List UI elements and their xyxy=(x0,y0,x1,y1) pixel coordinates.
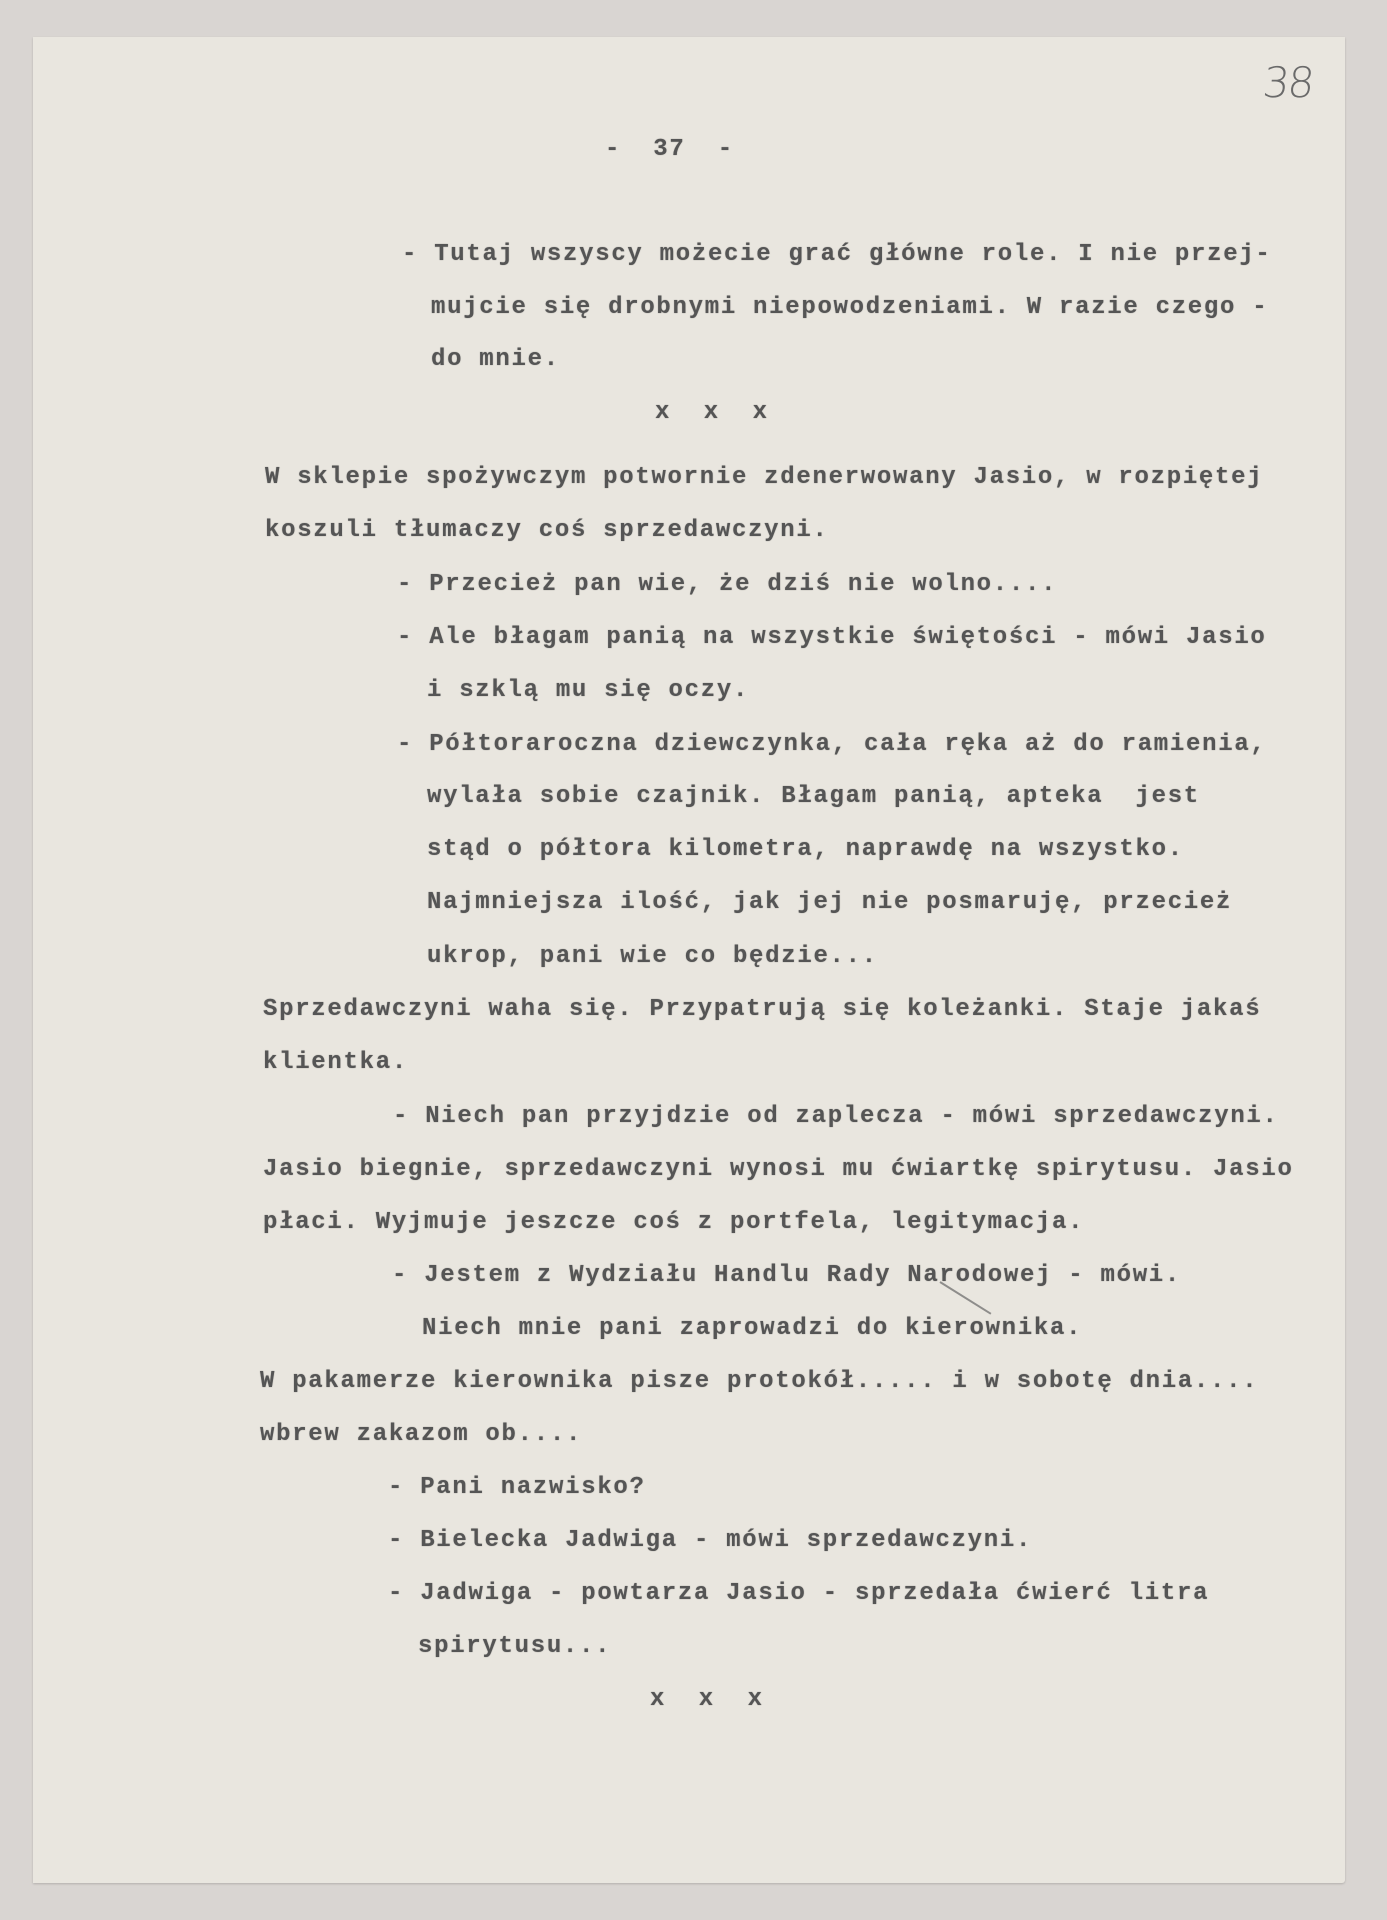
text-line: i szklą mu się oczy. xyxy=(427,676,749,706)
text-line: spirytusu... xyxy=(418,1632,611,1662)
text-line: mujcie się drobnymi niepowodzeniami. W r… xyxy=(431,293,1268,323)
text-line: Jasio biegnie, sprzedawczyni wynosi mu ć… xyxy=(263,1155,1294,1185)
text-line: Sprzedawczyni waha się. Przypatrują się … xyxy=(263,995,1261,1025)
text-line: - Niech pan przyjdzie od zaplecza - mówi… xyxy=(393,1102,1279,1132)
text-line: koszuli tłumaczy coś sprzedawczyni. xyxy=(265,516,829,546)
text-line: - Półtoraroczna dziewczynka, cała ręka a… xyxy=(397,730,1267,760)
archive-folio-number: 38 xyxy=(1260,58,1315,107)
text-line: płaci. Wyjmuje jeszcze coś z portfela, l… xyxy=(263,1208,1084,1238)
text-line: - Przecież pan wie, że dziś nie wolno...… xyxy=(397,570,1057,600)
text-line: - Jestem z Wydziału Handlu Rady Narodowe… xyxy=(392,1261,1181,1291)
text-line: wylała sobie czajnik. Błagam panią, apte… xyxy=(427,782,1200,812)
page-number: - 37 - xyxy=(605,135,734,165)
section-separator: x x x xyxy=(655,398,777,428)
text-line: - Jadwiga - powtarza Jasio - sprzedała ć… xyxy=(388,1579,1209,1609)
text-line: wbrew zakazom ob.... xyxy=(260,1420,582,1450)
text-line: Niech mnie pani zaprowadzi do kierownika… xyxy=(422,1314,1082,1344)
text-line: - Pani nazwisko? xyxy=(388,1473,646,1503)
text-line: W pakamerze kierownika pisze protokół...… xyxy=(260,1367,1258,1397)
text-line: do mnie. xyxy=(431,345,560,375)
text-line: - Bielecka Jadwiga - mówi sprzedawczyni. xyxy=(388,1526,1032,1556)
text-line: - Ale błagam panią na wszystkie świętośc… xyxy=(397,623,1267,653)
text-line: W sklepie spożywczym potwornie zdenerwow… xyxy=(265,463,1263,493)
text-line: ukrop, pani wie co będzie... xyxy=(427,942,878,972)
text-line: Najmniejsza ilość, jak jej nie posmaruję… xyxy=(427,888,1232,918)
section-separator: x x x xyxy=(650,1685,772,1715)
text-line: stąd o półtora kilometra, naprawdę na ws… xyxy=(427,835,1184,865)
text-line: klientka. xyxy=(263,1048,408,1078)
text-line: - Tutaj wszyscy możecie grać główne role… xyxy=(402,240,1272,270)
